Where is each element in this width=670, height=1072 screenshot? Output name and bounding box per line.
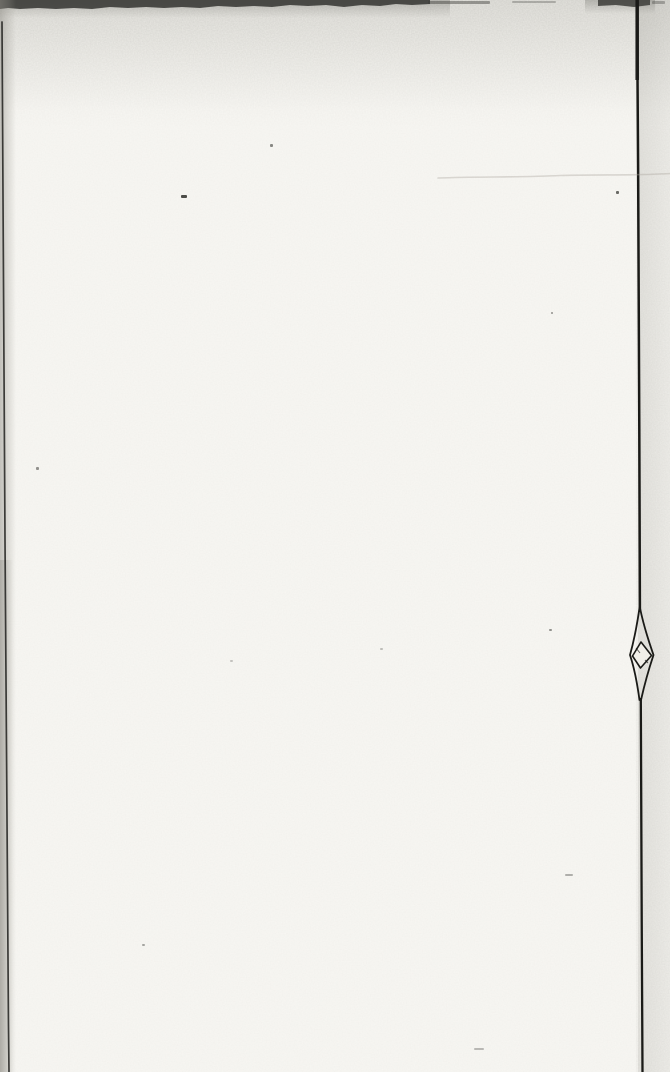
ink-speck xyxy=(380,648,383,650)
paper-grain xyxy=(0,0,670,1072)
top-edge-fragment xyxy=(652,1,665,4)
ink-speck xyxy=(230,660,233,662)
ink-speck xyxy=(181,195,187,198)
ink-speck xyxy=(36,467,39,470)
ink-speck xyxy=(551,312,553,314)
top-edge-fragment xyxy=(428,1,490,4)
scan-canvas xyxy=(0,0,670,1072)
ink-speck xyxy=(616,191,619,194)
ink-speck xyxy=(270,144,273,147)
ink-speck xyxy=(474,1048,484,1050)
top-edge-fragment xyxy=(512,1,556,3)
paper-grain-top xyxy=(0,0,670,130)
ink-speck xyxy=(565,874,573,876)
ink-speck xyxy=(142,944,145,946)
ink-speck xyxy=(549,629,552,631)
scanned-page xyxy=(0,0,670,1072)
